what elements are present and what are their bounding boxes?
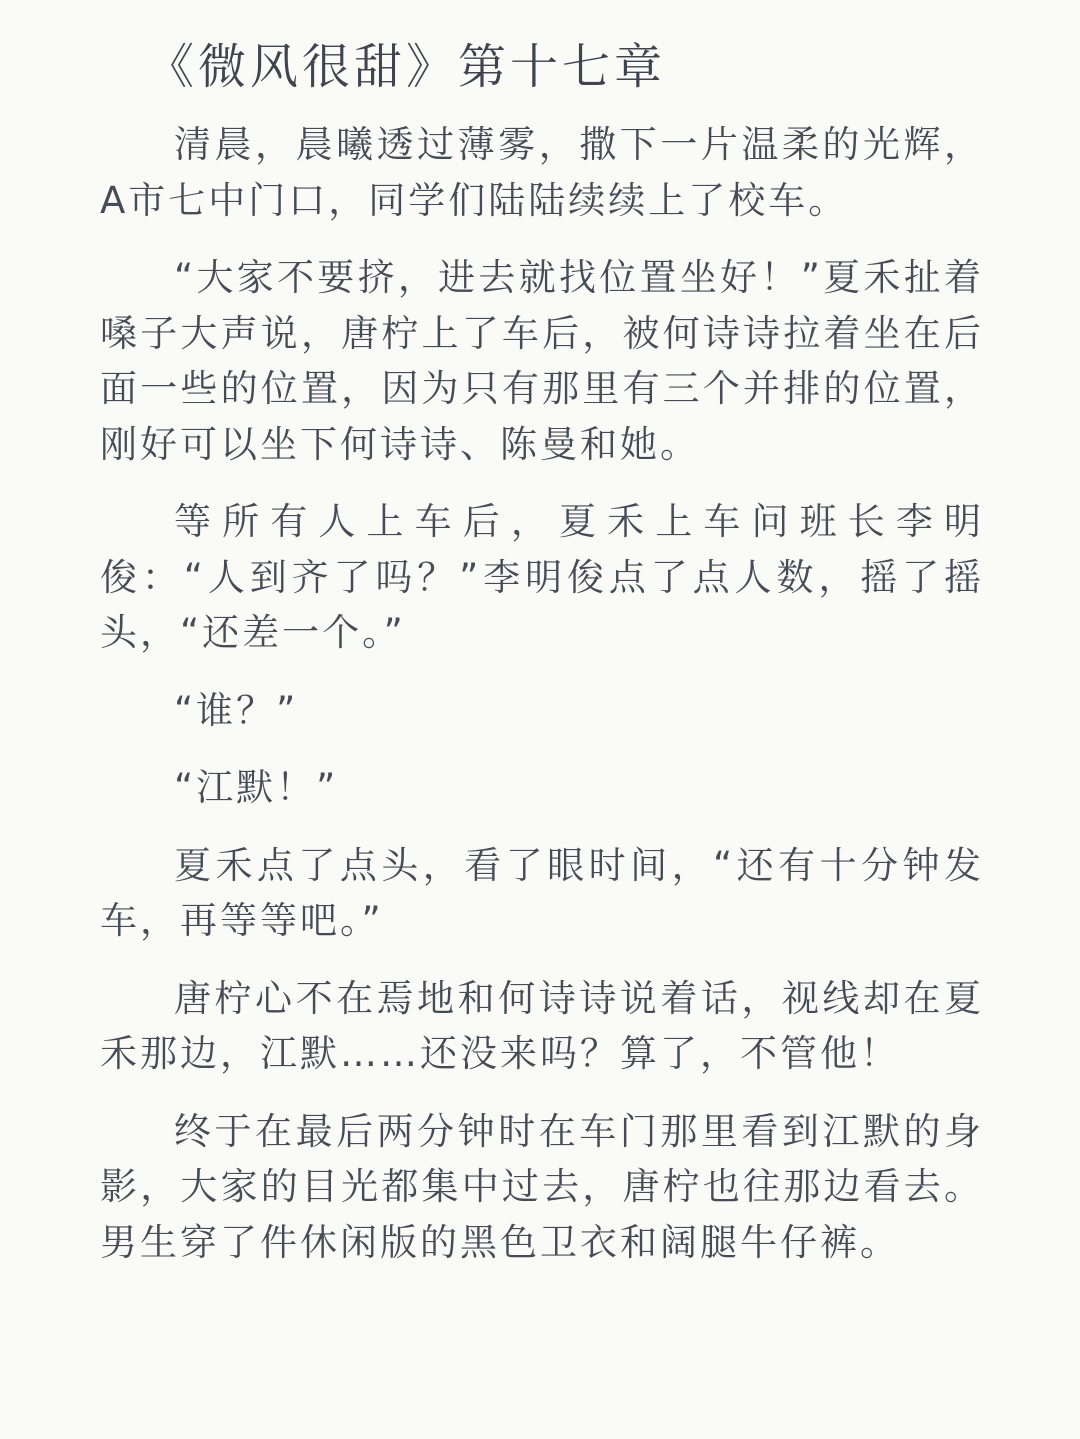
paragraph: 终于在最后两分钟时在车门那里看到江默的身影，大家的目光都集中过去，唐柠也往那边看… (100, 1104, 984, 1271)
paragraph: “谁？” (100, 683, 984, 739)
paragraph: 夏禾点了点头，看了眼时间，“还有十分钟发车，再等等吧。” (100, 838, 984, 949)
novel-page: 《微风很甜》第十七章 清晨，晨曦透过薄雾，撒下一片温柔的光辉，A市七中门口，同学… (0, 0, 1080, 1439)
chapter-title: 《微风很甜》第十七章 (146, 28, 984, 97)
paragraph: 等所有人上车后，夏禾上车问班长李明俊：“人到齐了吗？”李明俊点了点人数，摇了摇头… (100, 494, 984, 661)
paragraph: “江默！” (100, 760, 984, 816)
paragraph: “大家不要挤，进去就找位置坐好！”夏禾扯着嗓子大声说，唐柠上了车后，被何诗诗拉着… (100, 250, 984, 472)
paragraph: 唐柠心不在焉地和何诗诗说着话，视线却在夏禾那边，江默……还没来吗？算了，不管他！ (100, 971, 984, 1082)
paragraph: 清晨，晨曦透过薄雾，撒下一片温柔的光辉，A市七中门口，同学们陆陆续续上了校车。 (100, 117, 984, 228)
